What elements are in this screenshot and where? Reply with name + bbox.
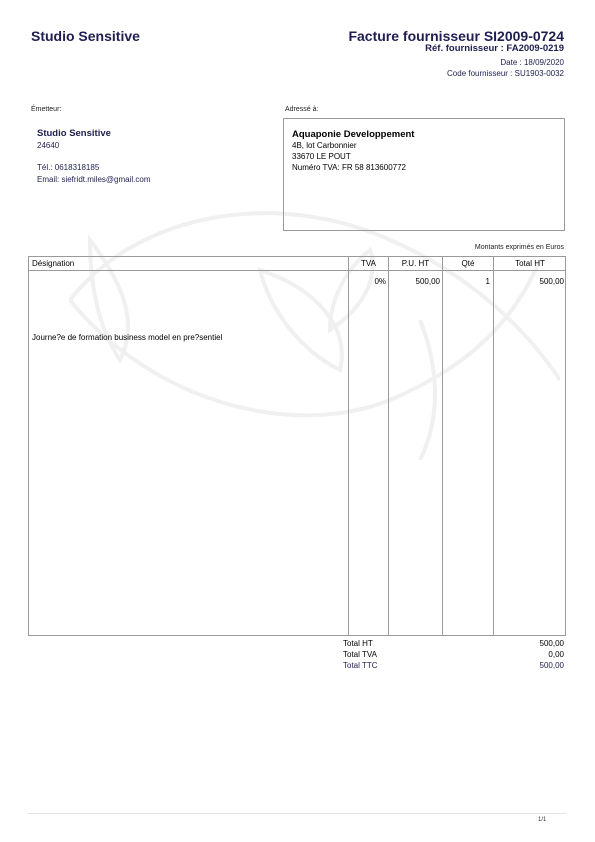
recipient-label: Adressé à: [285,106,318,113]
footer-divider [28,813,566,814]
invoice-title: Facture fournisseur SI2009-0724 [348,28,564,44]
line-items-table: Désignation TVA P.U. HT Qté Total HT Jou… [28,256,566,636]
col-divider [348,257,349,635]
row-qty: 1 [443,277,490,286]
col-divider [388,257,389,635]
row-total: 500,00 [494,277,564,286]
col-header-qty: Qté [443,259,493,268]
currency-note: Montants exprimés en Euros [475,244,564,251]
total-tva-value: 0,00 [548,650,564,659]
sender-label: Émetteur: [31,106,61,113]
total-ht-label: Total HT [343,639,373,648]
sender-phone: Tél.: 0618318185 [37,163,99,172]
recipient-address2: 33670 LE POUT [292,152,351,161]
sender-box: Studio Sensitive 24640 Tél.: 0618318185 … [28,118,282,230]
supplier-code: Code fournisseur : SU1903-0032 [447,69,564,78]
col-divider [493,257,494,635]
recipient-box: Aquaponie Developpement 4B, lot Carbonni… [283,118,565,231]
row-unit-price: 500,00 [389,277,440,286]
recipient-name: Aquaponie Developpement [292,129,414,140]
row-designation: Journe?e de formation business model en … [32,333,222,342]
invoice-date: Date : 18/09/2020 [500,58,564,67]
company-title: Studio Sensitive [31,28,140,44]
recipient-address1: 4B, lot Carbonnier [292,141,356,150]
row-tva: 0% [349,277,386,286]
total-ttc-label: Total TTC [343,661,378,670]
total-tva-label: Total TVA [343,650,377,659]
recipient-vat: Numéro TVA: FR 58 813600772 [292,163,406,172]
col-header-designation: Désignation [32,259,74,268]
page-number: 1/1 [538,817,546,823]
sender-name: Studio Sensitive [37,128,111,139]
col-divider [442,257,443,635]
total-ht-value: 500,00 [540,639,564,648]
supplier-ref: Réf. fournisseur : FA2009-0219 [425,43,564,54]
total-ttc-value: 500,00 [540,661,564,670]
col-header-total: Total HT [494,259,566,268]
sender-email: Email: siefridt.miles@gmail.com [37,175,150,184]
col-header-unit-price: P.U. HT [389,259,442,268]
header-divider [29,270,565,271]
sender-postal: 24640 [37,141,59,150]
col-header-tva: TVA [349,259,388,268]
